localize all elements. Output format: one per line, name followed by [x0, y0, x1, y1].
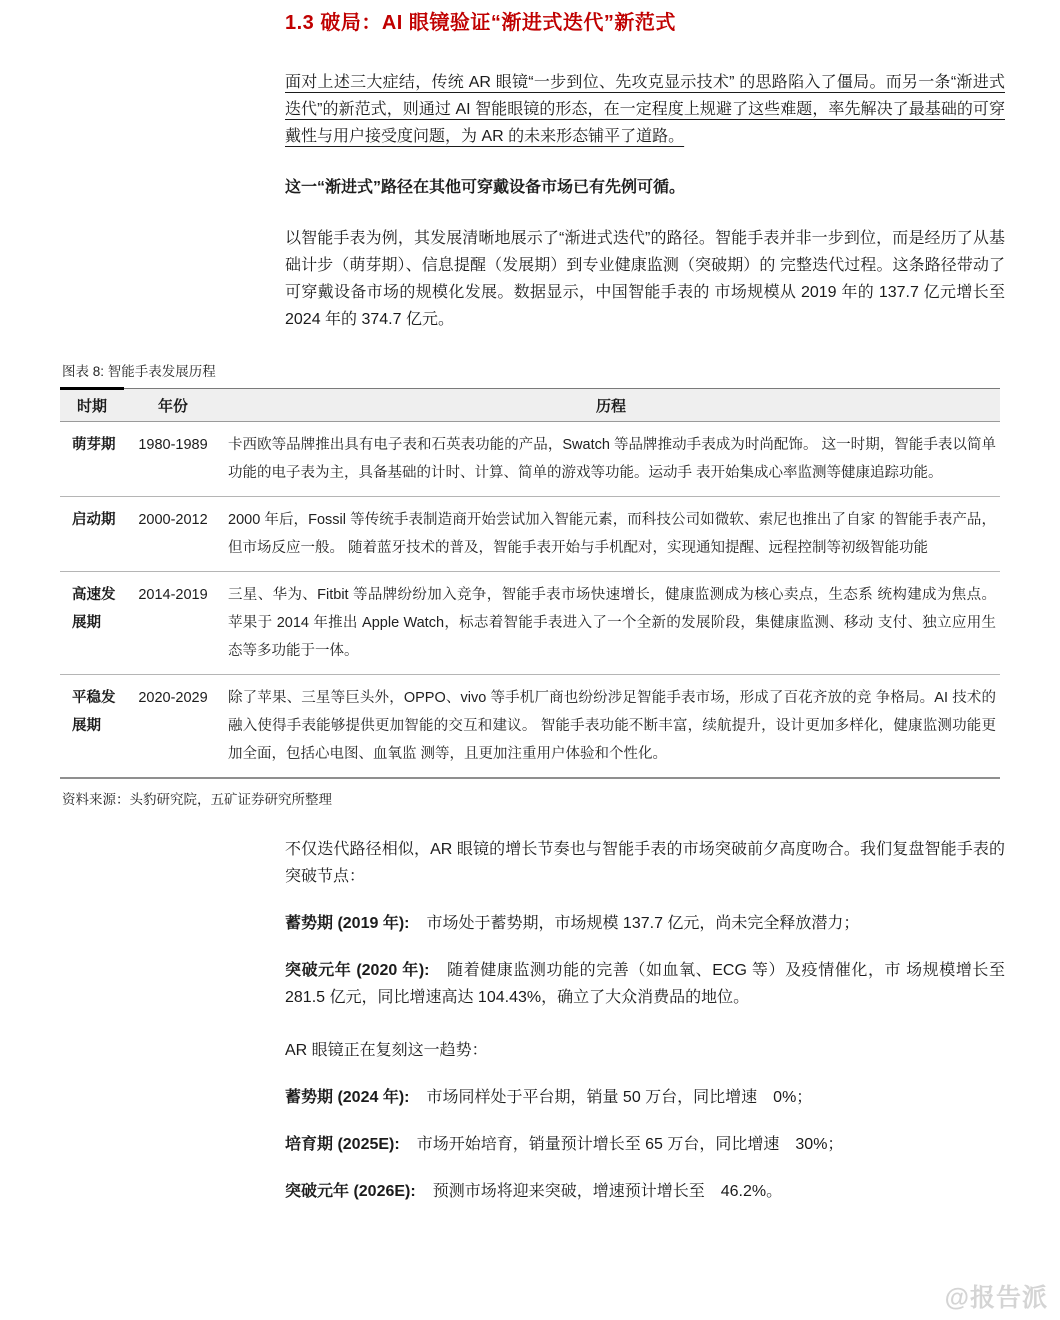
milestone-2024: 蓄势期 (2024 年):市场同样处于平台期，销量 50 万台，同比增速 0%；: [285, 1084, 1005, 1111]
milestone-2025e: 培育期 (2025E):市场开始培育，销量预计增长至 65 万台，同比增速 30…: [285, 1131, 1005, 1158]
years-cell: 1980-1989: [124, 422, 222, 497]
milestone-2020: 突破元年 (2020 年):随着健康监测功能的完善（如血氧、ECG 等）及疫情催…: [285, 957, 1005, 1011]
column-header-period: 时期: [60, 389, 124, 422]
milestone-label: 蓄势期 (2019 年):: [285, 915, 409, 932]
period-cell: 萌芽期: [60, 422, 124, 497]
milestone-text: 市场开始培育，销量预计增长至 65 万台，同比增速 30%；: [417, 1136, 844, 1153]
milestone-2026e: 突破元年 (2026E):预测市场将迎来突破，增速预计增长至 46.2%。: [285, 1178, 1005, 1205]
table-header-row: 时期 年份 历程: [60, 389, 1000, 422]
years-cell: 2020-2029: [124, 675, 222, 779]
column-header-years: 年份: [124, 389, 222, 422]
smartwatch-history-table: 时期 年份 历程 萌芽期 1980-1989 卡西欧等品牌推出具有电子表和石英表…: [60, 387, 1000, 779]
milestone-label: 突破元年 (2020 年):: [285, 962, 429, 979]
table-row: 高速发展期 2014-2019 三星、华为、Fitbit 等品牌纷纷加入竞争，智…: [60, 572, 1000, 675]
section-heading: 1.3 破局：AI 眼镜验证“渐进式迭代”新范式: [285, 10, 1005, 36]
report-page: 1.3 破局：AI 眼镜验证“渐进式迭代”新范式 面对上述三大症结，传统 AR …: [0, 0, 1060, 1320]
period-cell: 平稳发展期: [60, 675, 124, 779]
milestone-label: 蓄势期 (2024 年):: [285, 1089, 409, 1106]
milestone-label: 突破元年 (2026E):: [285, 1183, 416, 1200]
figure-title: 图表 8: 智能手表发展历程: [62, 360, 1000, 380]
figure-8-block: 图表 8: 智能手表发展历程 时期 年份 历程 萌芽期 1980-1989 卡西…: [60, 360, 1000, 808]
table-row: 萌芽期 1980-1989 卡西欧等品牌推出具有电子表和石英表功能的产品，Swa…: [60, 422, 1000, 497]
table-row: 平稳发展期 2020-2029 除了苹果、三星等巨头外，OPPO、vivo 等手…: [60, 675, 1000, 779]
desc-cell: 卡西欧等品牌推出具有电子表和石英表功能的产品，Swatch 等品牌推动手表成为时…: [222, 422, 1000, 497]
milestone-text: 市场同样处于平台期，销量 50 万台，同比增速 0%；: [426, 1089, 812, 1106]
figure-source: 资料来源：头豹研究院，五矿证券研究所整理: [62, 788, 1000, 808]
intro-paragraph: 以智能手表为例，其发展清晰地展示了“渐进式迭代”的路径。智能手表并非一步到位，而…: [285, 225, 1005, 333]
years-cell: 2000-2012: [124, 497, 222, 572]
intro-underlined-paragraph: 面对上述三大症结，传统 AR 眼镜“一步到位、先攻克显示技术” 的思路陷入了僵局…: [285, 69, 1005, 150]
analysis-paragraph: 不仅迭代路径相似，AR 眼镜的增长节奏也与智能手表的市场突破前夕高度吻合。我们复…: [285, 836, 1005, 890]
period-cell: 启动期: [60, 497, 124, 572]
milestone-text: 市场处于蓄势期，市场规模 137.7 亿元，尚未完全释放潜力；: [426, 915, 859, 932]
milestone-2019: 蓄势期 (2019 年):市场处于蓄势期，市场规模 137.7 亿元，尚未完全释…: [285, 910, 1005, 937]
years-cell: 2014-2019: [124, 572, 222, 675]
desc-cell: 除了苹果、三星等巨头外，OPPO、vivo 等手机厂商也纷纷涉足智能手表市场，形…: [222, 675, 1000, 779]
desc-cell: 三星、华为、Fitbit 等品牌纷纷加入竞争，智能手表市场快速增长，健康监测成为…: [222, 572, 1000, 675]
watermark: @报告派: [945, 1278, 1048, 1314]
analysis-transition: AR 眼镜正在复刻这一趋势：: [285, 1037, 1005, 1064]
milestone-label: 培育期 (2025E):: [285, 1136, 400, 1153]
intro-bold-statement: 这一“渐进式”路径在其他可穿戴设备市场已有先例可循。: [285, 174, 1005, 201]
period-cell: 高速发展期: [60, 572, 124, 675]
table-row: 启动期 2000-2012 2000 年后，Fossil 等传统手表制造商开始尝…: [60, 497, 1000, 572]
column-header-history: 历程: [222, 389, 1000, 422]
desc-cell: 2000 年后，Fossil 等传统手表制造商开始尝试加入智能元素，而科技公司如…: [222, 497, 1000, 572]
milestone-text: 预测市场将迎来突破，增速预计增长至 46.2%。: [433, 1183, 782, 1200]
